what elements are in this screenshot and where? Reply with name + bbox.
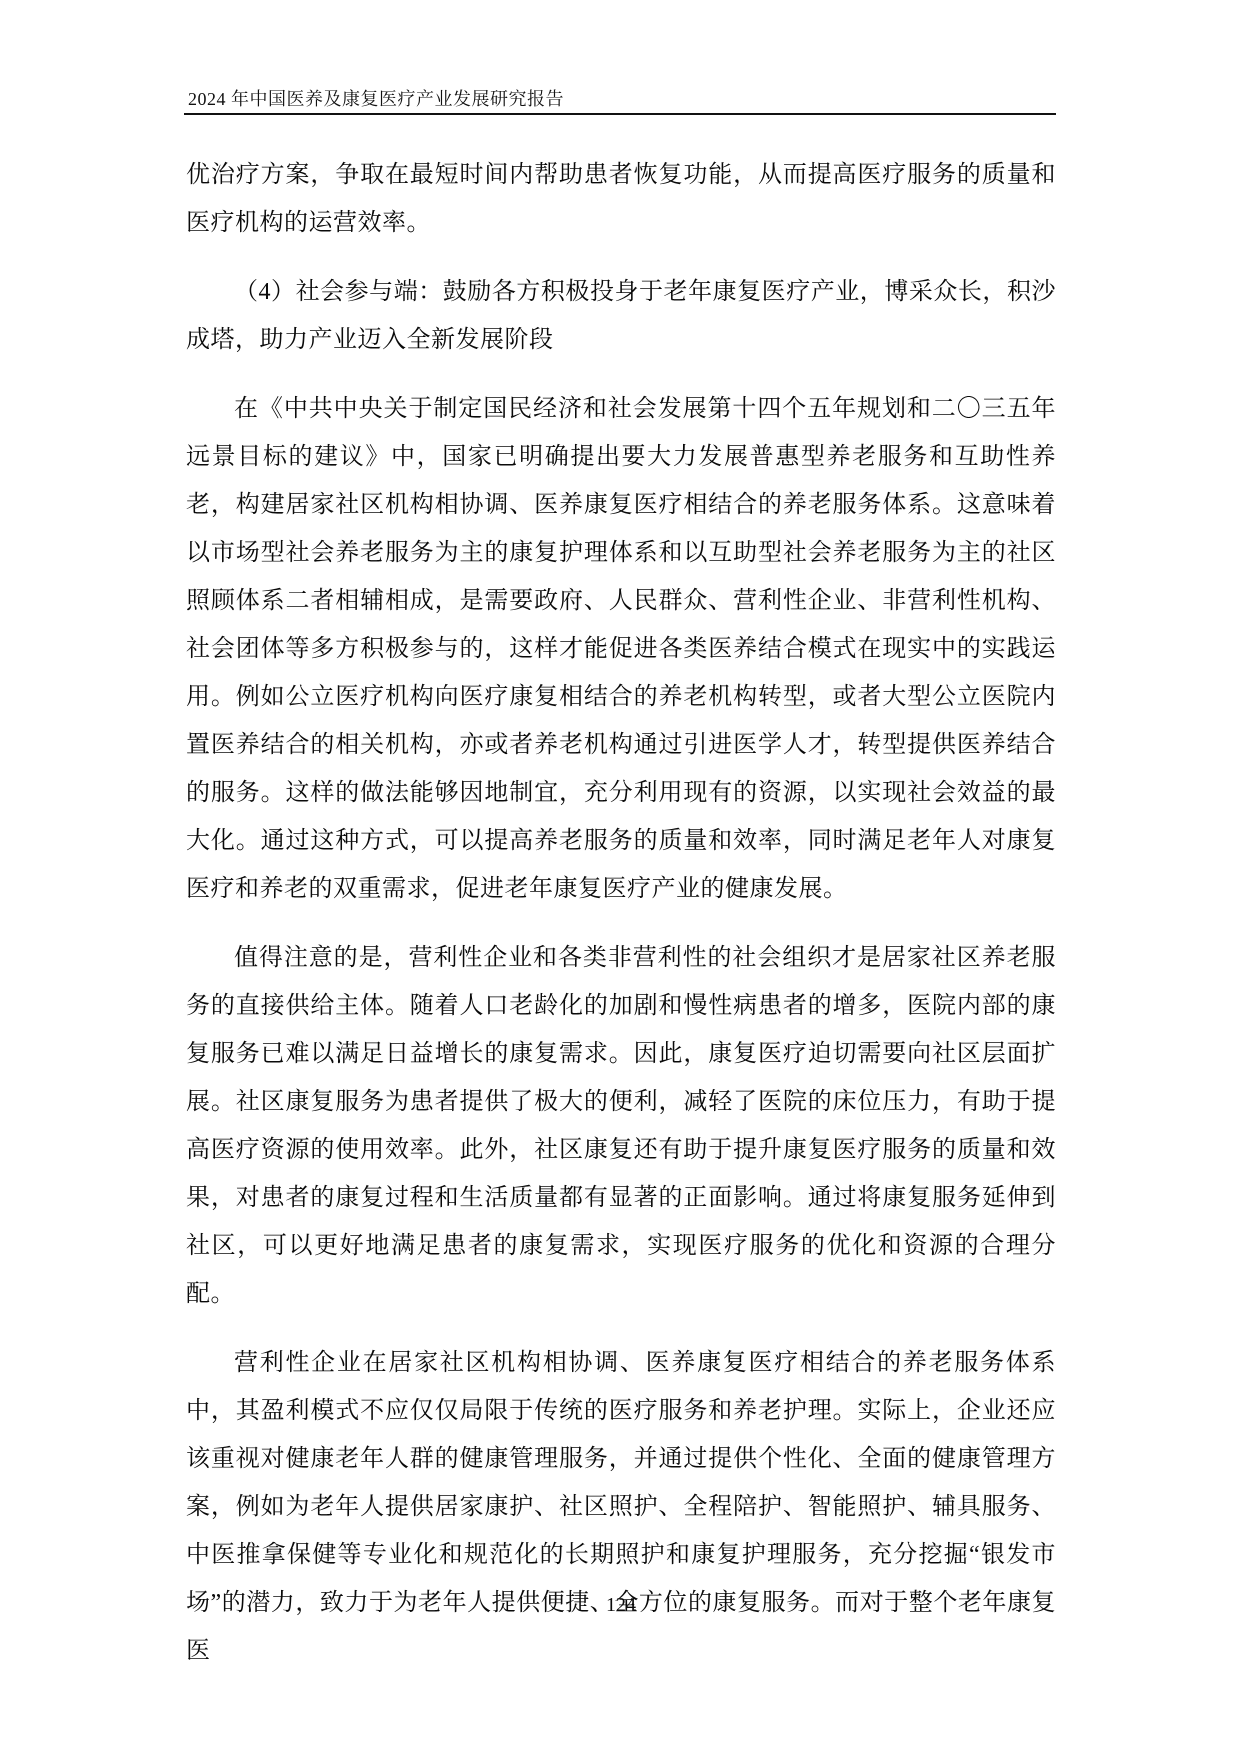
running-header-title: 2024 年中国医养及康复医疗产业发展研究报告 bbox=[188, 88, 1058, 110]
paragraph-3: 在《中共中央关于制定国民经济和社会发展第十四个五年规划和二〇三五年远景目标的建议… bbox=[186, 385, 1056, 913]
page-number: 124 bbox=[186, 1592, 1056, 1618]
document-body: 优治疗方案，争取在最短时间内帮助患者恢复功能，从而提高医疗服务的质量和医疗机构的… bbox=[186, 151, 1056, 1696]
paragraph-4: 值得注意的是，营利性企业和各类非营利性的社会组织才是居家社区养老服务的直接供给主… bbox=[186, 934, 1056, 1318]
paragraph-2: （4）社会参与端：鼓励各方积极投身于老年康复医疗产业，博采众长，积沙成塔，助力产… bbox=[186, 268, 1056, 364]
paragraph-5: 营利性企业在居家社区机构相协调、医养康复医疗相结合的养老服务体系中，其盈利模式不… bbox=[186, 1339, 1056, 1675]
header-divider-rule bbox=[184, 113, 1056, 115]
paragraph-1: 优治疗方案，争取在最短时间内帮助患者恢复功能，从而提高医疗服务的质量和医疗机构的… bbox=[186, 151, 1056, 247]
report-page: 2024 年中国医养及康复医疗产业发展研究报告 优治疗方案，争取在最短时间内帮助… bbox=[0, 0, 1240, 1754]
